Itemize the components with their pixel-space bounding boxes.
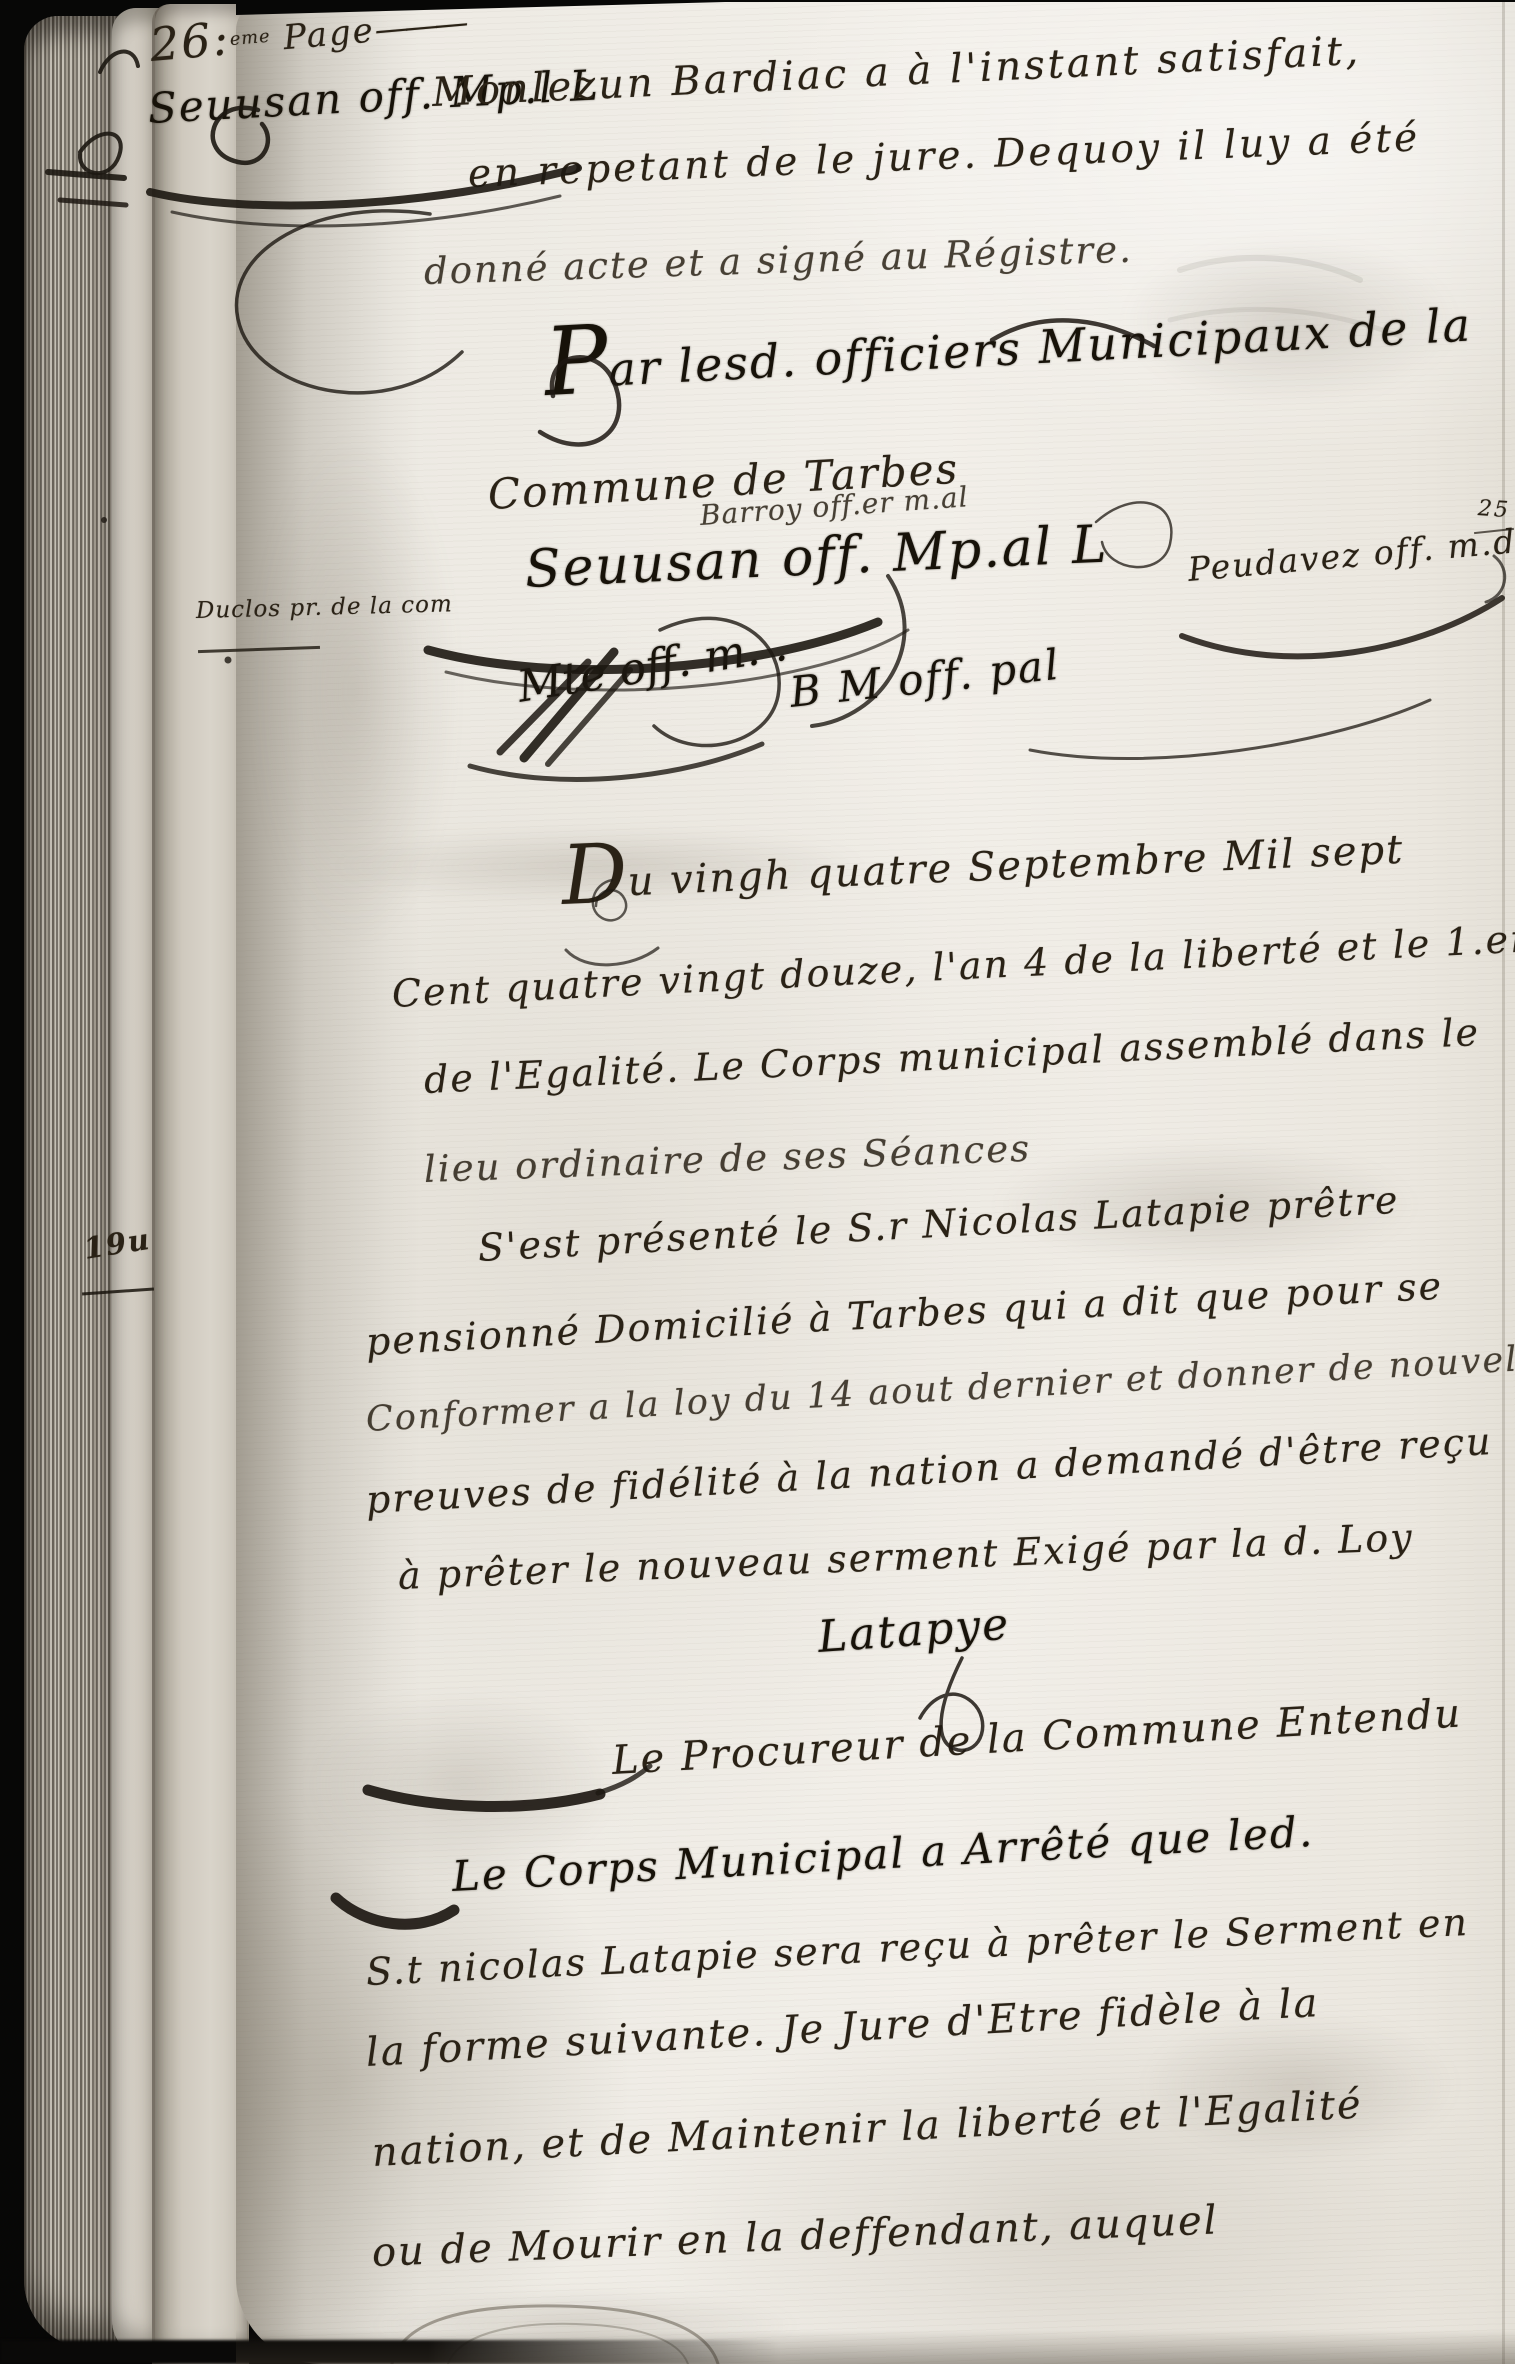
page-number-dash: ——— [373,3,466,51]
page-stack-edge-outer [24,16,118,2350]
page-stack-edge-inner [152,4,249,2364]
page-bottom-shadow [236,2330,1515,2364]
heading-initial: P [542,305,611,418]
manuscript-scan: 26:eme Page——— Seuusan off. Mp.l L Monle… [0,0,1515,2364]
page-number-suffix: eme [229,27,271,50]
edge-mark-right: 25 [1477,496,1511,523]
page-number: 26: [148,11,232,72]
page-word: Page [282,10,377,58]
drop-cap-d: D [560,826,630,924]
